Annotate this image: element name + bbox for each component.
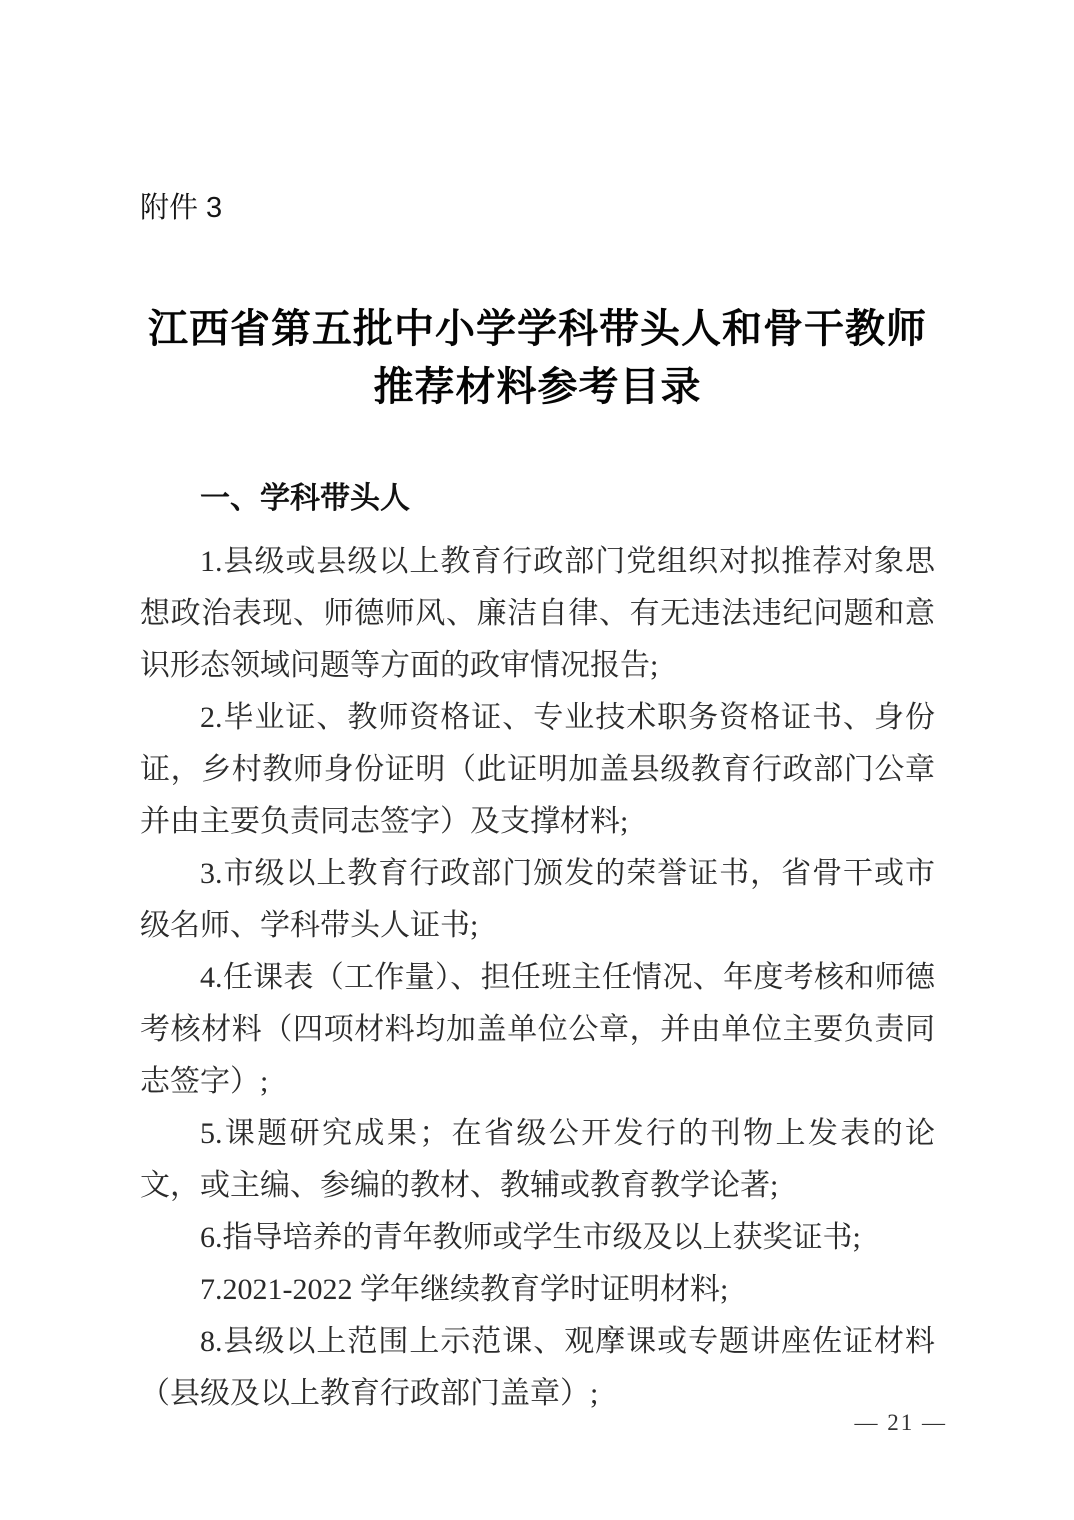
page-number: — 21 —: [855, 1408, 948, 1438]
list-item-8: 8.县级以上范围上示范课、观摩课或专题讲座佐证材料（县级及以上教育行政部门盖章）…: [140, 1316, 935, 1420]
document-title: 江西省第五批中小学学科带头人和骨干教师 推荐材料参考目录: [140, 300, 935, 416]
attachment-label: 附件 3: [140, 190, 935, 226]
document-title-line2: 推荐材料参考目录: [140, 358, 935, 416]
list-item-7: 7.2021-2022 学年继续教育学时证明材料;: [140, 1264, 935, 1316]
list-item-5: 5.课题研究成果；在省级公开发行的刊物上发表的论文，或主编、参编的教材、教辅或教…: [140, 1108, 935, 1212]
list-item-2: 2.毕业证、教师资格证、专业技术职务资格证书、身份证，乡村教师身份证明（此证明加…: [140, 692, 935, 848]
list-item-3: 3.市级以上教育行政部门颁发的荣誉证书，省骨干或市级名师、学科带头人证书;: [140, 848, 935, 952]
list-item-6: 6.指导培养的青年教师或学生市级及以上获奖证书;: [140, 1212, 935, 1264]
document-title-line1: 江西省第五批中小学学科带头人和骨干教师: [140, 300, 935, 358]
section-heading-subject-leaders: 一、学科带头人: [140, 480, 935, 518]
document-page: 附件 3 江西省第五批中小学学科带头人和骨干教师 推荐材料参考目录 一、学科带头…: [0, 0, 1074, 1520]
list-item-4: 4.任课表（工作量）、担任班主任情况、年度考核和师德考核材料（四项材料均加盖单位…: [140, 952, 935, 1108]
list-item-1: 1.县级或县级以上教育行政部门党组织对拟推荐对象思想政治表现、师德师风、廉洁自律…: [140, 536, 935, 692]
